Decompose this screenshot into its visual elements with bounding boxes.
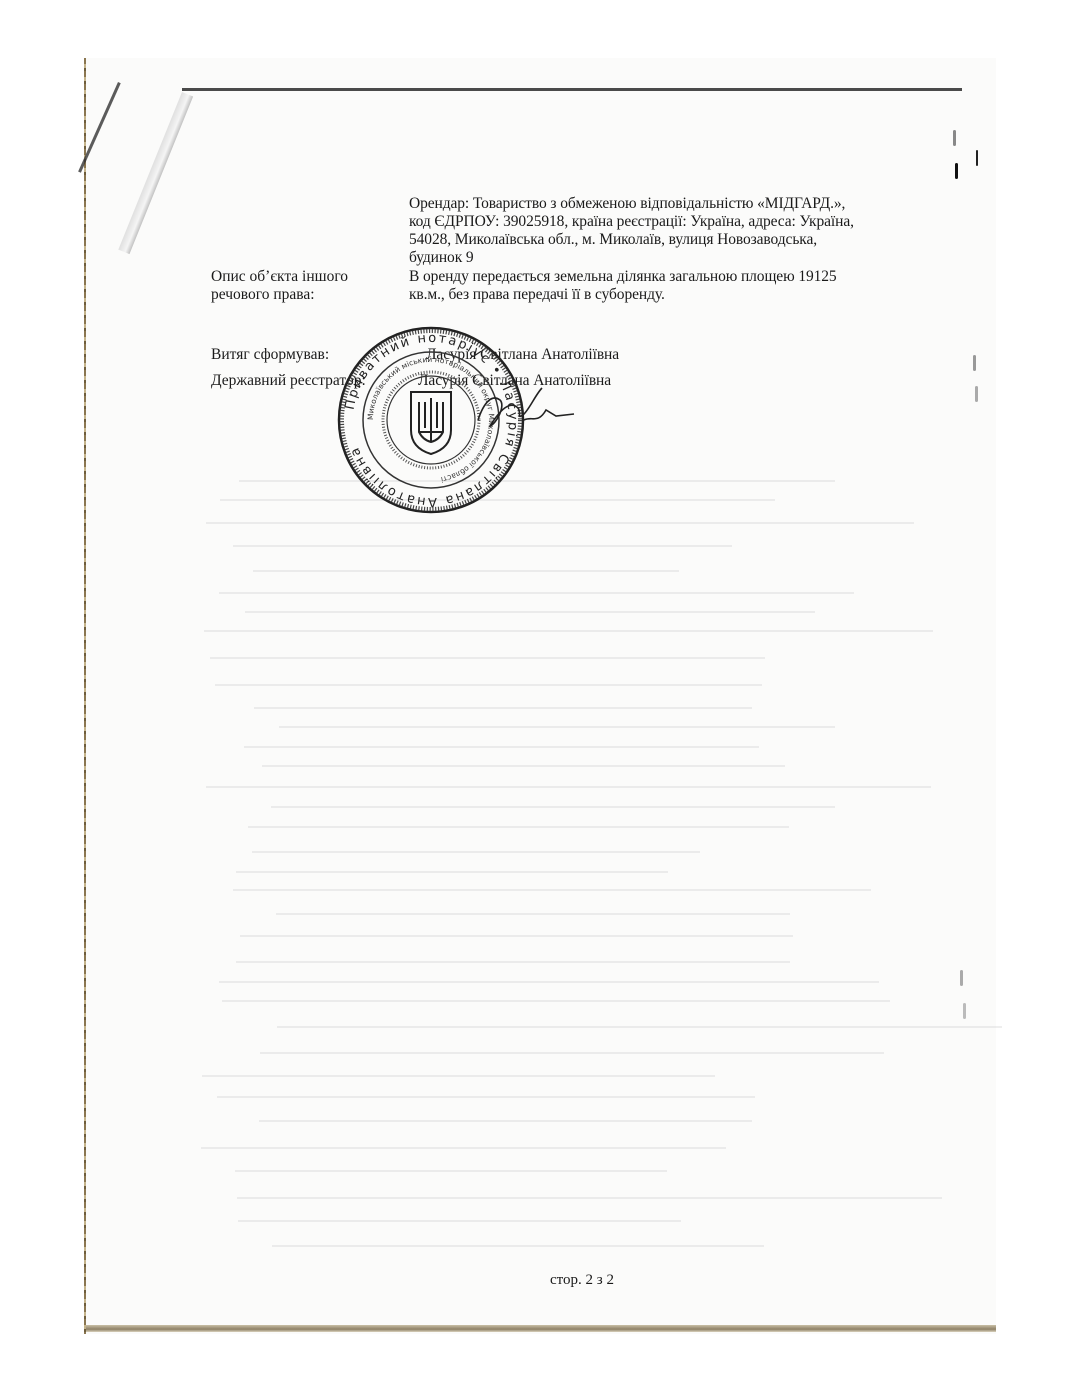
bleed-through-line	[245, 611, 816, 613]
bleed-through-line	[254, 707, 752, 709]
bleed-through-line	[219, 981, 879, 983]
bleed-through-line	[260, 1052, 884, 1054]
bleed-through-line	[276, 913, 790, 915]
bleed-through-line	[240, 935, 794, 937]
object-description-label: речового права:	[211, 286, 315, 304]
lessee-line: код ЄДРПОУ: 39025918, країна реєстрації:…	[409, 213, 854, 231]
bleed-through-line	[217, 1096, 755, 1098]
bleed-through-line	[235, 1170, 666, 1172]
bleed-through-line	[206, 522, 914, 524]
bleed-through-line	[238, 1220, 682, 1222]
bleed-through-line	[272, 1245, 765, 1247]
staple-mark	[976, 150, 978, 166]
bleed-through-line	[219, 592, 854, 594]
trident-icon	[411, 392, 451, 454]
bleed-through-line	[206, 786, 930, 788]
lessee-line: Орендар: Товариство з обмеженою відповід…	[409, 195, 845, 213]
staple-mark	[953, 130, 956, 146]
object-description-label: Опис об’єкта іншого	[211, 268, 348, 286]
signatory-label: Витяг сформував:	[211, 346, 329, 364]
object-description-value: кв.м., без права передачі її в суборенду…	[409, 286, 665, 304]
lessee-line: 54028, Миколаївська обл., м. Миколаїв, в…	[409, 231, 817, 249]
staple-mark	[975, 386, 978, 402]
staple-mark	[963, 1003, 966, 1019]
staple-mark	[973, 355, 976, 371]
bleed-through-line	[259, 1120, 752, 1122]
bleed-through-line	[236, 871, 668, 873]
bleed-through-line	[201, 1147, 727, 1149]
bleed-through-line	[237, 1197, 942, 1199]
bleed-through-line	[202, 1075, 715, 1077]
bleed-through-line	[253, 570, 680, 572]
bleed-through-line	[248, 826, 789, 828]
fold-top-line	[182, 88, 962, 91]
lessee-line: будинок 9	[409, 249, 474, 267]
bleed-through-line	[210, 657, 765, 659]
bleed-through-line	[252, 851, 700, 853]
bleed-through-line	[215, 684, 762, 686]
bleed-through-line	[236, 961, 790, 963]
signature	[470, 380, 580, 440]
object-description-value: В оренду передається земельна ділянка за…	[409, 268, 837, 286]
bleed-through-line	[244, 746, 760, 748]
bleed-through-line	[222, 1000, 890, 1002]
bleed-through-line	[239, 480, 835, 482]
document-page	[86, 58, 996, 1334]
bleed-through-line	[262, 765, 785, 767]
bleed-through-line	[233, 545, 733, 547]
bleed-through-line	[271, 806, 836, 808]
page-number: стор. 2 з 2	[550, 1272, 614, 1289]
bleed-through-line	[233, 889, 871, 891]
bleed-through-line	[204, 630, 933, 632]
page-bottom-edge	[86, 1325, 996, 1332]
bleed-through-line	[279, 726, 835, 728]
staple-mark	[960, 970, 963, 986]
staple-mark	[955, 163, 958, 179]
bleed-through-line	[277, 1026, 1001, 1028]
